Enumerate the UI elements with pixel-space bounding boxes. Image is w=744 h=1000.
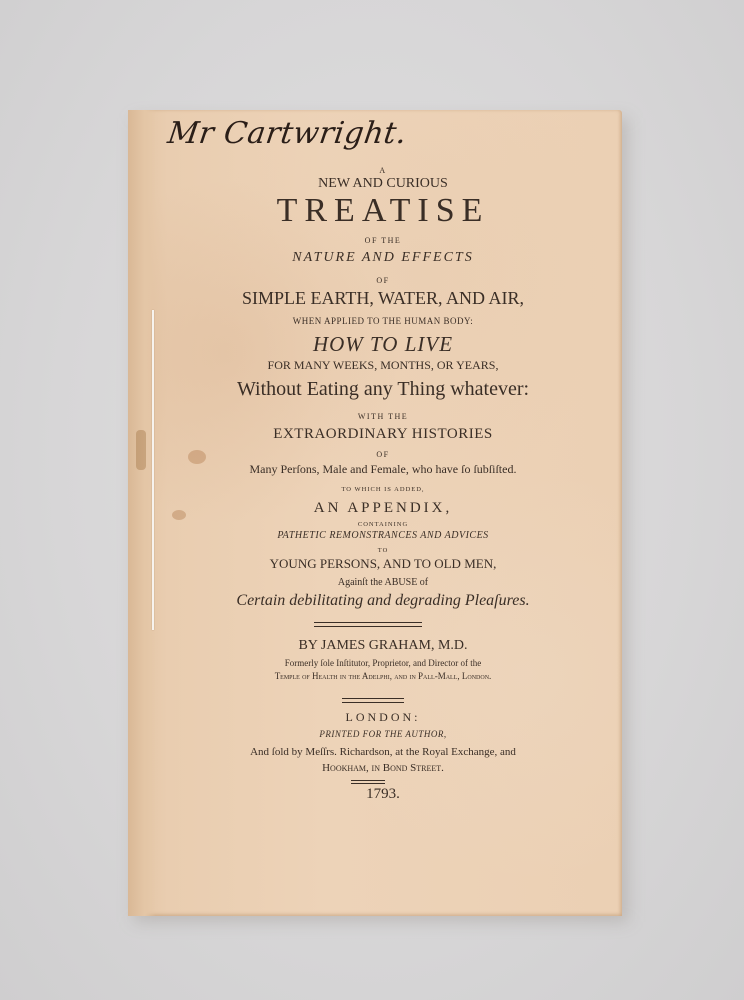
remonstrances: PATHETIC REMONSTRANCES AND ADVICES: [136, 530, 630, 541]
sold-by-1: And ſold by Meſſrs. Richardson, at the R…: [136, 746, 630, 758]
divider-rule: [351, 780, 385, 784]
containing: CONTAINING: [136, 521, 630, 528]
to-line: TO: [136, 547, 630, 554]
without-eating: Without Eating any Thing whatever:: [136, 378, 630, 401]
divider-rule: [314, 622, 422, 627]
sold-by-2: Hookham, in Bond Street.: [136, 762, 630, 774]
main-title: TREATISE: [136, 192, 630, 230]
added-line: TO WHICH IS ADDED,: [136, 486, 630, 493]
against-line: Againſt the ABUSE of: [136, 577, 630, 588]
with-the: WITH THE: [136, 412, 630, 421]
city-line: LONDON:: [136, 710, 630, 725]
author-line: BY JAMES GRAHAM, M.D.: [136, 638, 630, 654]
of-1: OF: [136, 276, 630, 285]
how-to-live: HOW TO LIVE: [136, 332, 630, 357]
nature-effects: NATURE AND EFFECTS: [136, 250, 630, 266]
title-page: Mr Cartwright. A NEW AND CURIOUS TREATIS…: [128, 110, 622, 916]
divider-rule: [342, 698, 404, 703]
of-the: OF THE: [136, 236, 630, 245]
appendix: AN APPENDIX,: [136, 500, 630, 517]
handwritten-inscription: Mr Cartwright.: [166, 116, 409, 151]
histories: EXTRAORDINARY HISTORIES: [136, 426, 630, 443]
many-persons: Many Perſons, Male and Female, who have …: [136, 462, 630, 477]
printed-for: PRINTED FOR THE AUTHOR,: [136, 729, 630, 739]
author-desc-2: Temple of Health in the Adelphi, and in …: [136, 671, 630, 681]
pleasures-line: Certain debilitating and degrading Pleaſ…: [136, 592, 630, 610]
of-2: OF: [136, 450, 630, 459]
publication-year: 1793.: [136, 786, 630, 803]
pamphlet: Mr Cartwright. A NEW AND CURIOUS TREATIS…: [128, 110, 622, 916]
author-desc-1: Formerly ſole Inſtitutor, Proprietor, an…: [136, 658, 630, 668]
article: A: [136, 166, 630, 175]
subtitle-new-curious: NEW AND CURIOUS: [136, 176, 630, 192]
young-old: YOUNG PERSONS, AND TO OLD MEN,: [136, 556, 630, 572]
applied-line: WHEN APPLIED TO THE HUMAN BODY:: [136, 316, 630, 326]
duration-line: FOR MANY WEEKS, MONTHS, OR YEARS,: [136, 358, 630, 373]
elements-line: SIMPLE EARTH, WATER, AND AIR,: [136, 288, 630, 309]
